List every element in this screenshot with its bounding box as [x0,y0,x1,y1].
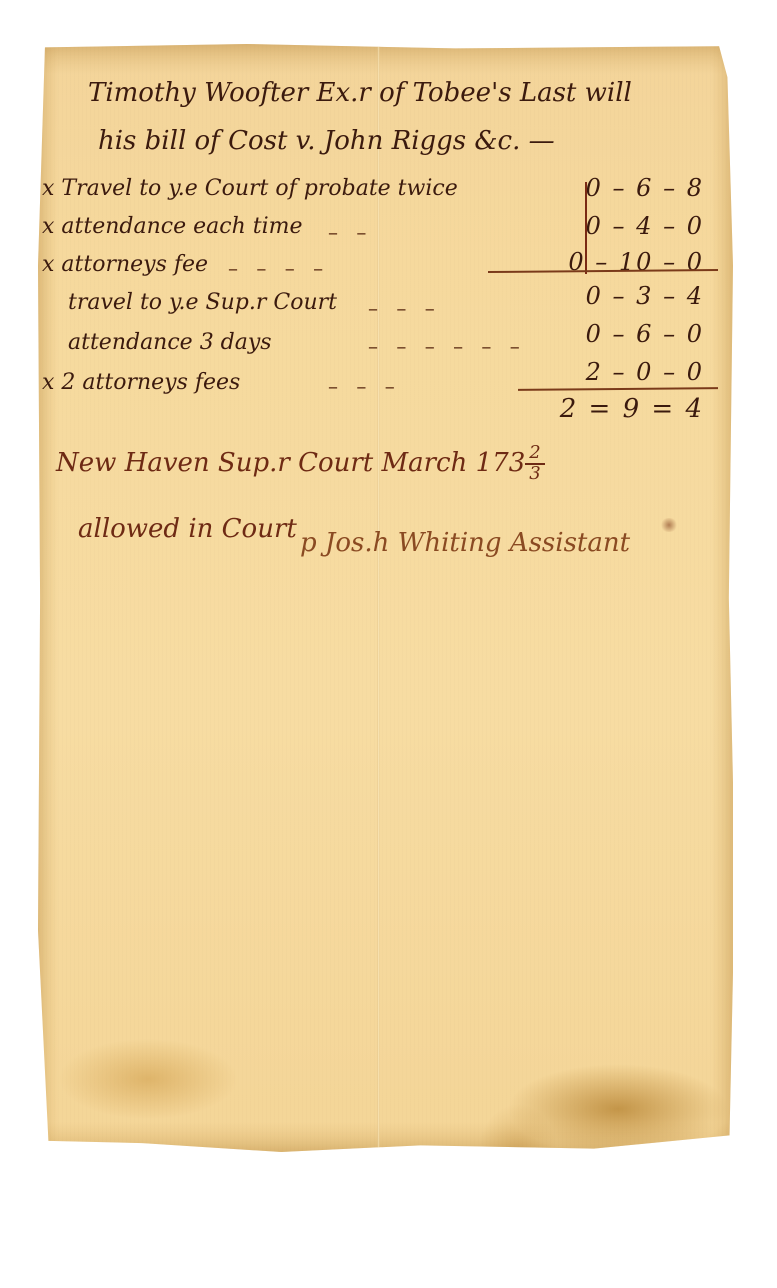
amount-row-5: 0 – 6 – 0 [524,322,704,346]
paper-edge-shading [38,44,733,1152]
item-description: attorneys fee [61,252,208,277]
item-mark: x [42,370,54,395]
paper-fold-line [377,44,380,1152]
leader-dashes: – – – [328,374,401,398]
amount-row-4: 0 – 3 – 4 [524,284,704,308]
item-description: Travel to y.e Court of probate twice [61,176,457,201]
total-rule [518,387,718,391]
amount-row-1: 0 – 6 – 8 [524,176,704,200]
year-fraction: 23 [525,444,544,484]
item-mark: x [42,214,54,239]
item-description: travel to y.e Sup.r Court [68,290,337,315]
column-bar [585,182,587,274]
item-row-1: x Travel to y.e Court of probate twice [42,178,458,200]
item-description: 2 attorneys fees [61,370,240,395]
assistant-signature: p Jos.h Whiting Assistant [300,530,630,556]
item-mark: x [42,252,54,277]
item-row-4: travel to y.e Sup.r Court [68,292,337,314]
leader-dashes: – – – – – – [368,334,526,358]
amount-row-6: 2 – 0 – 0 [524,360,704,384]
court-line-text: New Haven Sup.r Court March 173 [56,448,525,478]
total-amount: 2 = 9 = 4 [524,396,704,422]
item-description: attendance each time [61,214,302,239]
leader-dashes: – – [328,220,372,244]
allowed-in-court-line: allowed in Court [78,516,297,542]
header-line-1: Timothy Woofter Ex.r of Tobee's Last wil… [88,80,632,106]
item-mark: x [42,176,54,201]
leader-dashes: – – – [368,296,441,320]
amount-row-2: 0 – 4 – 0 [524,214,704,238]
item-description: attendance 3 days [68,330,272,355]
ink-blot [660,518,678,532]
leader-dashes: – – – – [228,256,329,280]
court-endorsement-line: New Haven Sup.r Court March 17323 [56,444,545,484]
item-row-3: x attorneys fee [42,254,208,276]
item-row-2: x attendance each time [42,216,303,238]
header-line-2: his bill of Cost v. John Riggs &c. — [98,128,555,154]
item-row-5: attendance 3 days [68,332,272,354]
item-row-6: x 2 attorneys fees [42,372,240,394]
document-paper: Timothy Woofter Ex.r of Tobee's Last wil… [38,44,733,1152]
